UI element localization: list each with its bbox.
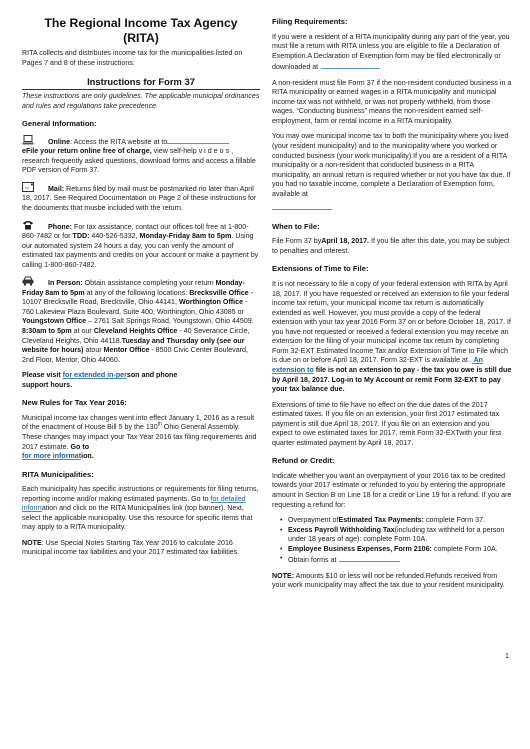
in-person-label: In Person:: [48, 279, 83, 287]
filing-p2: A non-resident must file Form 37 if the …: [272, 79, 512, 127]
phone-label: Phone:: [48, 223, 72, 231]
tdd-label: TDD:: [72, 232, 89, 240]
filing-requirements-heading: Filing Requirements:: [272, 17, 512, 27]
mentor-office: Mentor Office: [104, 346, 150, 354]
title-line-1: The Regional Income Tax Agency: [44, 16, 237, 30]
rita-website-link[interactable]: [167, 136, 229, 144]
extended-hours-link[interactable]: for extended in-per: [63, 371, 127, 379]
intro-text: RITA collects and distributes income tax…: [22, 49, 260, 68]
refund-note: NOTE: Amounts $10 or less will not be re…: [272, 572, 512, 591]
online-text: : Access the RITA website at to: [70, 138, 167, 146]
phone-icon: [22, 220, 34, 230]
extensions-heading: Extensions of Time to File:: [272, 264, 512, 274]
computer-icon: [22, 135, 34, 145]
filing-p1: If you were a resident of a RITA municip…: [272, 33, 512, 73]
refund-heading: Refund or Credit:: [272, 456, 512, 466]
more-info-link[interactable]: for more informat: [22, 452, 81, 460]
phone-hours: Monday-Friday 8am to 5pm: [140, 232, 232, 240]
tdd-number: 440-526-5332,: [89, 232, 139, 240]
general-info-heading: General Information:: [22, 119, 260, 129]
online-text-2: view self-help: [152, 147, 199, 155]
right-column: Filing Requirements: If you were a resid…: [272, 0, 512, 597]
list-item: Excess Payroll Withholding Tax(including…: [280, 526, 512, 545]
municipalities-text: Each municipality has specific instructi…: [22, 485, 260, 533]
new-rules-text: Municipal income tax changes went into e…: [22, 414, 260, 462]
municipalities-heading: RITA Municipalities:: [22, 470, 260, 480]
visit-note: Please visit for extended in-person and …: [22, 371, 200, 390]
list-item: Overpayment ofEstimated Tax Payments: co…: [280, 516, 512, 526]
online-section: Online: Access the RITA website at to eF…: [22, 135, 260, 176]
title-line-2: (RITA): [123, 31, 159, 45]
in-person-section: In Person: Obtain assistance completing …: [22, 276, 260, 365]
phone-section: Phone: For tax assistance, contact our o…: [22, 220, 260, 271]
disclaimer: These instructions are only guidelines. …: [22, 92, 260, 111]
filing-p3: You may owe municipal income tax to both…: [272, 132, 512, 213]
online-text-3: research frequently asked questions, dow…: [22, 157, 256, 175]
page-number: 1: [505, 652, 509, 662]
when-to-file-text: File Form 37 byApril 18, 2017. If you fi…: [272, 237, 512, 256]
online-label: Online: [48, 138, 70, 146]
refund-text: Indicate whether you want an overpayment…: [272, 472, 512, 510]
mail-label: Mail:: [48, 185, 64, 193]
extensions-p1: It is not necessary to file a copy of yo…: [272, 280, 512, 395]
special-notes-note: NOTE: Use Special Notes Starting Tax Yea…: [22, 539, 260, 558]
efile-text: eFile your return online free of charge,: [22, 147, 152, 155]
list-item: Obtain forms at .: [280, 554, 512, 566]
brecksville-office: Brecksville Office: [189, 289, 249, 297]
agency-title: The Regional Income Tax Agency (RITA): [22, 16, 260, 46]
car-icon: [22, 276, 34, 286]
mail-icon: [22, 182, 34, 192]
worthington-office: Worthington Office: [179, 298, 243, 306]
videos-text: videos,: [199, 147, 235, 155]
when-to-file-heading: When to File:: [272, 222, 512, 232]
mail-section: Mail: Returns filed by mail must be post…: [22, 182, 260, 214]
youngstown-office: Youngstown Office: [22, 317, 86, 325]
new-rules-heading: New Rules for Tax Year 2016:: [22, 398, 260, 408]
left-column: The Regional Income Tax Agency (RITA) RI…: [22, 0, 260, 564]
extensions-p2: Extensions of time to file have no effec…: [272, 401, 512, 449]
list-item: Employee Business Expenses, Form 2106: c…: [280, 545, 512, 555]
cleveland-heights-office: Cleveland Heights Office: [94, 327, 178, 335]
declaration-download-link[interactable]: [322, 61, 380, 69]
form-subtitle: Instructions for Form 37: [22, 76, 260, 90]
declaration-form-link[interactable]: [272, 202, 332, 210]
refund-list: Overpayment ofEstimated Tax Payments: co…: [272, 516, 512, 566]
obtain-forms-link[interactable]: [340, 554, 400, 562]
